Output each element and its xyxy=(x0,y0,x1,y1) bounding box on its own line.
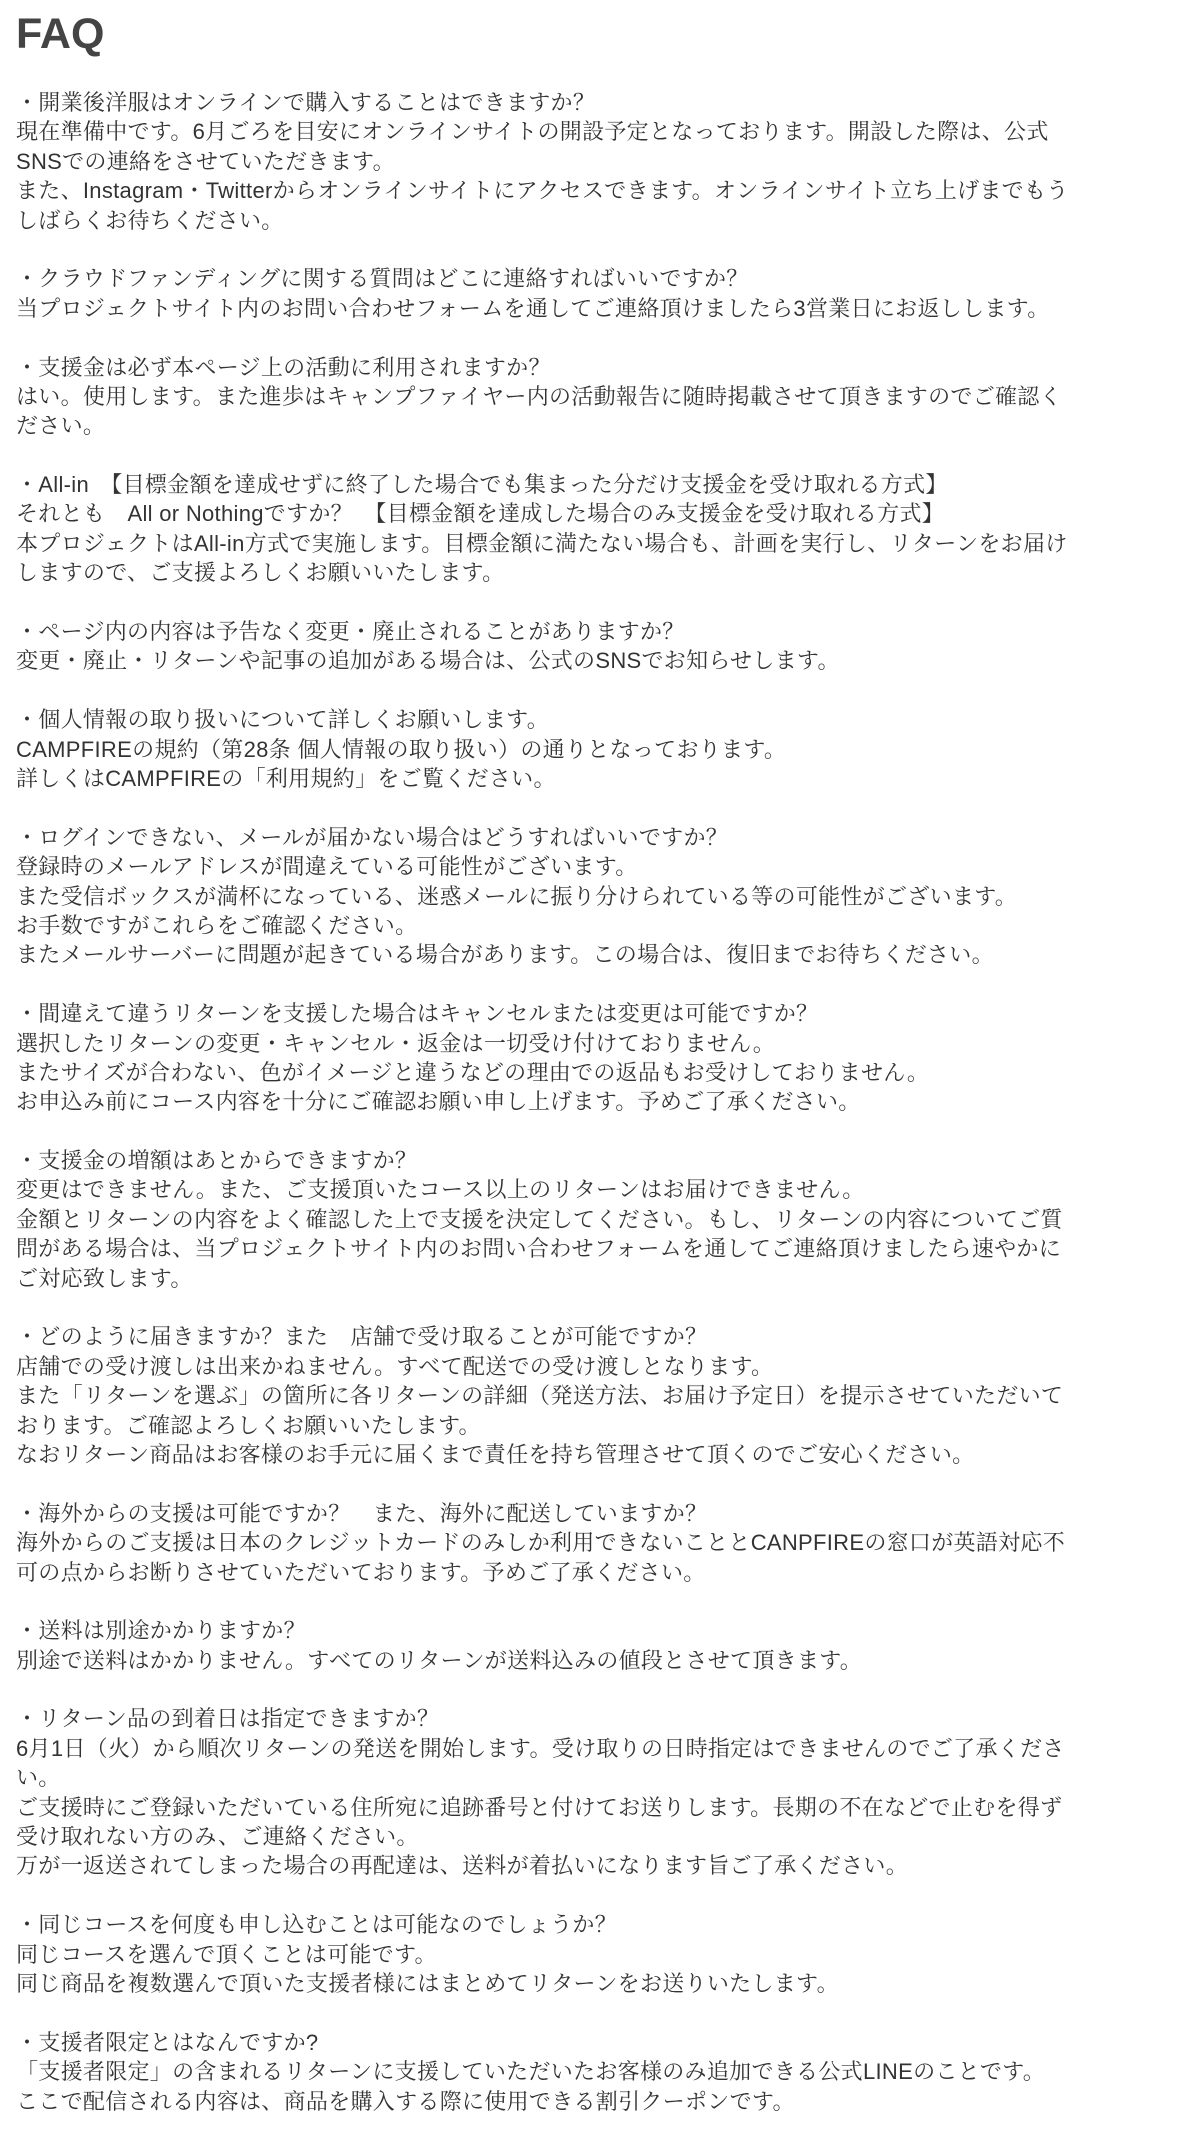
faq-item: ・個人情報の取り扱いについて詳しくお願いします。CAMPFIREの規約（第28条… xyxy=(16,705,1184,793)
faq-question: ・ページ内の内容は予告なく変更・廃止されることがありますか？ xyxy=(16,617,1184,646)
faq-answer-line: また「リターンを選ぶ」の箇所に各リターンの詳細（発送方法、お届け予定日）を提示さ… xyxy=(16,1381,1184,1410)
faq-answer-line: 受け取れない方のみ、ご連絡ください。 xyxy=(16,1822,1184,1851)
faq-question: ・支援金は必ず本ページ上の活動に利用されますか？ xyxy=(16,353,1184,382)
faq-answer-line: 変更・廃止・リターンや記事の追加がある場合は、公式のSNSでお知らせします。 xyxy=(16,646,1184,675)
faq-answer-line: なおリターン商品はお客様のお手元に届くまで責任を持ち管理させて頂くのでご安心くだ… xyxy=(16,1440,1184,1469)
faq-item: ・All-in 【目標金額を達成せずに終了した場合でも集まった分だけ支援金を受け… xyxy=(16,470,1184,588)
faq-item: ・送料は別途かかりますか？別途で送料はかかりません。すべてのリターンが送料込みの… xyxy=(16,1616,1184,1675)
faq-answer-line: 問がある場合は、当プロジェクトサイト内のお問い合わせフォームを通してご連絡頂けま… xyxy=(16,1234,1184,1263)
faq-answer-line: お手数ですがこれらをご確認ください。 xyxy=(16,911,1184,940)
faq-answer-line: SNSでの連絡をさせていただきます。 xyxy=(16,147,1184,176)
faq-answer-line: はい。使用します。また進歩はキャンプファイヤー内の活動報告に随時掲載させて頂きま… xyxy=(16,382,1184,411)
faq-answer-line: ださい。 xyxy=(16,411,1184,440)
faq-item: ・ログインできない、メールが届かない場合はどうすればいいですか？登録時のメールア… xyxy=(16,823,1184,970)
faq-question: ・同じコースを何度も申し込むことは可能なのでしょうか？ xyxy=(16,1910,1184,1939)
page-title: FAQ xyxy=(16,0,1184,74)
faq-answer-line: ご対応致します。 xyxy=(16,1264,1184,1293)
faq-question: ・個人情報の取り扱いについて詳しくお願いします。 xyxy=(16,705,1184,734)
faq-item: ・同じコースを何度も申し込むことは可能なのでしょうか？同じコースを選んで頂くこと… xyxy=(16,1910,1184,1998)
faq-list: ・開業後洋服はオンラインで購入することはできますか？現在準備中です。6月ごろを目… xyxy=(16,88,1184,2116)
faq-answer-line: 選択したリターンの変更・キャンセル・返金は一切受け付けておりません。 xyxy=(16,1029,1184,1058)
faq-answer-line: お申込み前にコース内容を十分にご確認お願い申し上げます。予めご了承ください。 xyxy=(16,1087,1184,1116)
faq-answer-line: 変更はできません。また、ご支援頂いたコース以上のリターンはお届けできません。 xyxy=(16,1175,1184,1204)
faq-question: ・All-in 【目標金額を達成せずに終了した場合でも集まった分だけ支援金を受け… xyxy=(16,470,1184,499)
faq-answer-line: 当プロジェクトサイト内のお問い合わせフォームを通してご連絡頂けましたら3営業日に… xyxy=(16,294,1184,323)
faq-answer-line: 同じ商品を複数選んで頂いた支援者様にはまとめてリターンをお送りいたします。 xyxy=(16,1969,1184,1998)
faq-answer-line: 万が一返送されてしまった場合の再配達は、送料が着払いになります旨ご了承ください。 xyxy=(16,1851,1184,1880)
faq-item: ・支援金は必ず本ページ上の活動に利用されますか？はい。使用します。また進歩はキャ… xyxy=(16,353,1184,441)
faq-answer-line: また受信ボックスが満杯になっている、迷惑メールに振り分けられている等の可能性がご… xyxy=(16,882,1184,911)
faq-question: ・どのように届きますか？また 店舗で受け取ることが可能ですか？ xyxy=(16,1322,1184,1351)
faq-item: ・支援者限定とはなんですか?「支援者限定」の含まれるリターンに支援していただいた… xyxy=(16,2028,1184,2116)
faq-item: ・間違えて違うリターンを支援した場合はキャンセルまたは変更は可能ですか？選択した… xyxy=(16,999,1184,1117)
faq-question: ・支援者限定とはなんですか? xyxy=(16,2028,1184,2057)
faq-answer-line: 可の点からお断りさせていただいております。予めご了承ください。 xyxy=(16,1558,1184,1587)
faq-question: ・ログインできない、メールが届かない場合はどうすればいいですか？ xyxy=(16,823,1184,852)
faq-question: ・支援金の増額はあとからできますか？ xyxy=(16,1146,1184,1175)
faq-answer-line: 金額とリターンの内容をよく確認した上で支援を決定してください。もし、リターンの内… xyxy=(16,1205,1184,1234)
faq-answer-line: またメールサーバーに問題が起きている場合があります。この場合は、復旧までお待ちく… xyxy=(16,940,1184,969)
faq-item: ・どのように届きますか？また 店舗で受け取ることが可能ですか？店舗での受け渡しは… xyxy=(16,1322,1184,1469)
faq-question: ・間違えて違うリターンを支援した場合はキャンセルまたは変更は可能ですか？ xyxy=(16,999,1184,1028)
faq-question: ・開業後洋服はオンラインで購入することはできますか？ xyxy=(16,88,1184,117)
faq-answer-line: またサイズが合わない、色がイメージと違うなどの理由での返品もお受けしておりません… xyxy=(16,1058,1184,1087)
faq-answer-line: 6月1日（火）から順次リターンの発送を開始します。受け取りの日時指定はできません… xyxy=(16,1734,1184,1763)
faq-item: ・開業後洋服はオンラインで購入することはできますか？現在準備中です。6月ごろを目… xyxy=(16,88,1184,235)
faq-item: ・クラウドファンディングに関する質問はどこに連絡すればいいですか？当プロジェクト… xyxy=(16,264,1184,323)
faq-answer-line: 本プロジェクトはAll-in方式で実施します。目標金額に満たない場合も、計画を実… xyxy=(16,529,1184,558)
faq-answer-line: 詳しくはCAMPFIREの「利用規約」をご覧ください。 xyxy=(16,764,1184,793)
faq-item: ・ページ内の内容は予告なく変更・廃止されることがありますか？変更・廃止・リターン… xyxy=(16,617,1184,676)
faq-item: ・支援金の増額はあとからできますか？変更はできません。また、ご支援頂いたコース以… xyxy=(16,1146,1184,1293)
faq-answer-line: しばらくお待ちください。 xyxy=(16,206,1184,235)
faq-answer-line: 店舗での受け渡しは出来かねません。すべて配送での受け渡しとなります。 xyxy=(16,1352,1184,1381)
faq-answer-line: ここで配信される内容は、商品を購入する際に使用できる割引クーポンです。 xyxy=(16,2087,1184,2116)
faq-item: ・海外からの支援は可能ですか？ また、海外に配送していますか？海外からのご支援は… xyxy=(16,1499,1184,1587)
faq-question: ・クラウドファンディングに関する質問はどこに連絡すればいいですか？ xyxy=(16,264,1184,293)
faq-answer-line: 海外からのご支援は日本のクレジットカードのみしか利用できないこととCANPFIR… xyxy=(16,1528,1184,1557)
faq-page: FAQ ・開業後洋服はオンラインで購入することはできますか？現在準備中です。6月… xyxy=(0,0,1200,2116)
faq-answer-line: また、Instagram・Twitterからオンラインサイトにアクセスできます。… xyxy=(16,176,1184,205)
faq-answer-line: ご支援時にご登録いただいている住所宛に追跡番号と付けてお送りします。長期の不在な… xyxy=(16,1793,1184,1822)
faq-answer-line: しますので、ご支援よろしくお願いいたします。 xyxy=(16,558,1184,587)
faq-answer-line: CAMPFIREの規約（第28条 個人情報の取り扱い）の通りとなっております。 xyxy=(16,735,1184,764)
faq-answer-line: 現在準備中です。6月ごろを目安にオンラインサイトの開設予定となっております。開設… xyxy=(16,117,1184,146)
faq-answer-line: 「支援者限定」の含まれるリターンに支援していただいたお客様のみ追加できる公式LI… xyxy=(16,2057,1184,2086)
faq-answer-line: 別途で送料はかかりません。すべてのリターンが送料込みの値段とさせて頂きます。 xyxy=(16,1646,1184,1675)
faq-item: ・リターン品の到着日は指定できますか？6月1日（火）から順次リターンの発送を開始… xyxy=(16,1704,1184,1880)
faq-question: ・リターン品の到着日は指定できますか？ xyxy=(16,1704,1184,1733)
faq-question: ・送料は別途かかりますか？ xyxy=(16,1616,1184,1645)
faq-answer-line: い。 xyxy=(16,1763,1184,1792)
faq-answer-line: おります。ご確認よろしくお願いいたします。 xyxy=(16,1411,1184,1440)
faq-answer-line: 同じコースを選んで頂くことは可能です。 xyxy=(16,1940,1184,1969)
faq-question: ・海外からの支援は可能ですか？ また、海外に配送していますか？ xyxy=(16,1499,1184,1528)
faq-question: それとも All or Nothingですか？ 【目標金額を達成した場合のみ支援… xyxy=(16,499,1184,528)
faq-answer-line: 登録時のメールアドレスが間違えている可能性がございます。 xyxy=(16,852,1184,881)
